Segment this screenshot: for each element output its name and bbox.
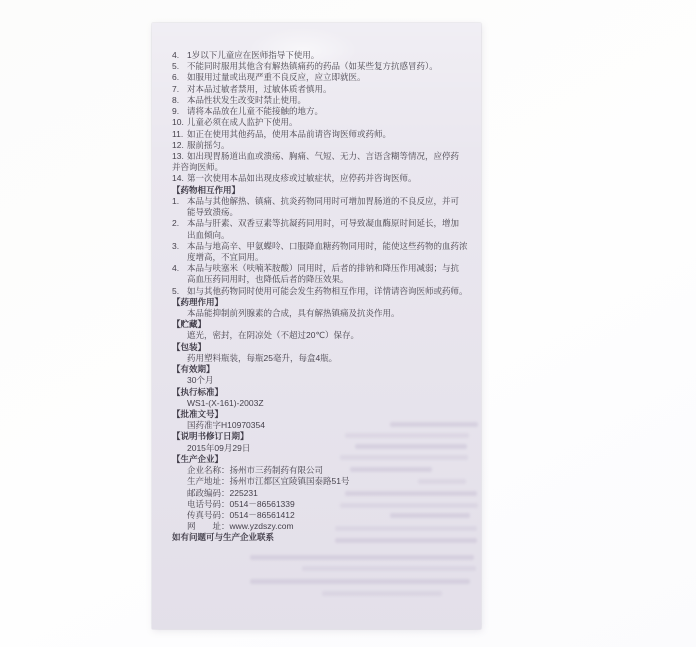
photo-background: 4.1岁以下儿童应在医师指导下使用。 5.不能同时服用其他含有解热镇痛药的药品（… [0,0,696,647]
leaflet-text-line: 30个月 [172,375,473,386]
line-text: 【说明书修订日期】 [172,431,249,441]
list-item-number: 7. [172,84,187,95]
line-text: 【药物相互作用】 [172,185,240,195]
line-text: 本品与其他解热、镇痛、抗炎药物同用时可增加胃肠道的不良反应，并可 [187,196,459,206]
line-text: 不能同时服用其他含有解热镇痛药的药品（如某些复方抗感冒药）。 [187,61,438,71]
leaflet-text-line: 高血压药同用时，也降低后者的降压效果。 [172,274,473,285]
leaflet-text-line: 【药物相互作用】 [172,185,473,196]
line-text: 【贮藏】 [172,319,206,329]
list-item-number: 3. [172,241,187,252]
list-item-number: 5. [172,286,187,297]
leaflet-text-line: 5.不能同时服用其他含有解热镇痛药的药品（如某些复方抗感冒药）。 [172,61,473,72]
bleed-through-line [340,455,468,460]
leaflet-text-line: 本品能抑制前列腺素的合成，具有解热镇痛及抗炎作用。 [172,308,473,319]
line-text: 【药理作用】 [172,297,223,307]
leaflet-text-line: 能导致溃疡。 [172,207,473,218]
leaflet-text-line: 并咨询医师。 [172,162,473,173]
line-text: 如与其他药物同时使用可能会发生药物相互作用，详情请咨询医师或药师。 [187,286,468,296]
bleed-through-line [355,444,467,449]
line-text: 药用塑料瓶装，每瓶25毫升，每盒4瓶。 [187,353,337,363]
bleed-through-line [390,513,470,518]
line-text: 遮光，密封，在阴凉处（不超过20℃）保存。 [187,330,359,340]
leaflet-text-line: 7.对本品过敏者禁用，过敏体质者慎用。 [172,84,473,95]
line-text: 对本品过敏者禁用，过敏体质者慎用。 [187,84,332,94]
line-text: 1岁以下儿童应在医师指导下使用。 [187,50,319,60]
bleed-through-line [340,503,478,508]
bleed-through-line [322,591,442,596]
line-text: 本品性状发生改变时禁止使用。 [187,95,306,105]
bleed-through-line [350,467,432,472]
line-text: 如出现胃肠道出血或溃疡、胸痛、气短、无力、言语含糊等情况，应停药 [187,151,459,161]
bleed-through-line [302,566,476,571]
leaflet-text-line: 1.本品与其他解热、镇痛、抗炎药物同用时可增加胃肠道的不良反应，并可 [172,196,473,207]
list-item-number: 6. [172,72,187,83]
line-text: 【包装】 [172,342,206,352]
line-text: 第一次使用本品如出现皮疹或过敏症状，应停药并咨询医师。 [187,173,417,183]
leaflet-text-line: 14.第一次使用本品如出现皮疹或过敏症状，应停药并咨询医师。 [172,173,473,184]
line-text: WS1-(X-161)-2003Z [187,398,264,408]
line-text: 高血压药同用时，也降低后者的降压效果。 [187,274,349,284]
bleed-through-line [390,422,478,427]
leaflet-text-line: 药用塑料瓶装，每瓶25毫升，每盒4瓶。 [172,353,473,364]
leaflet-text-line: 3.本品与地高辛、甲氨蝶呤、口服降血糖药物同用时，能使这些药物的血药浓 [172,241,473,252]
line-text: 国药准字H10970354 [187,420,265,430]
list-item-number: 1. [172,196,187,207]
list-item-number: 9. [172,106,187,117]
line-text: 请将本品放在儿童不能接触的地方。 [187,106,323,116]
leaflet-text-block: 4.1岁以下儿童应在医师指导下使用。 5.不能同时服用其他含有解热镇痛药的药品（… [152,23,481,544]
line-text: 并咨询医师。 [172,162,223,172]
line-text: 如有问题可与生产企业联系 [172,532,274,542]
line-text: 【有效期】 [172,364,215,374]
bleed-through-line [335,538,477,543]
leaflet-text-line: 【贮藏】 [172,319,473,330]
bleed-through-line [335,526,477,531]
leaflet-text-line: 【药理作用】 [172,297,473,308]
list-item-number: 4. [172,263,187,274]
bleed-through-line [250,579,470,584]
leaflet-text-line: 度增高，不宜同用。 [172,252,473,263]
line-text: 30个月 [187,375,213,385]
leaflet-text-line: WS1-(X-161)-2003Z [172,398,473,409]
list-item-number: 2. [172,218,187,229]
line-text: 传真号码：0514－86561412 [187,510,295,520]
bleed-through-line [345,491,477,496]
leaflet-text-line: 2.本品与肝素、双香豆素等抗凝药同用时，可导致凝血酶原时间延长，增加 [172,218,473,229]
line-text: 能导致溃疡。 [187,207,238,217]
line-text: 【执行标准】 [172,387,223,397]
line-text: 网 址：www.yzdszy.com [187,521,294,531]
line-text: 儿童必须在成人监护下使用。 [187,117,298,127]
leaflet-text-line: 【包装】 [172,342,473,353]
line-text: 本品与呋塞米（呋喃苯胺酸）同用时，后者的排钠和降压作用减弱；与抗 [187,263,459,273]
line-text: 生产地址：扬州市江都区宜陵镇国泰路51号 [187,476,349,486]
leaflet-text-line: 11.如正在使用其他药品，使用本品前请咨询医师或药师。 [172,129,473,140]
list-item-number: 4. [172,50,187,61]
list-item-number: 8. [172,95,187,106]
leaflet-text-line: 12.服前摇匀。 [172,140,473,151]
leaflet-text-line: 5.如与其他药物同时使用可能会发生药物相互作用，详情请咨询医师或药师。 [172,286,473,297]
line-text: 电话号码：0514－86561339 [187,499,295,509]
leaflet-text-line: 遮光，密封，在阴凉处（不超过20℃）保存。 [172,330,473,341]
leaflet-text-line: 4.本品与呋塞米（呋喃苯胺酸）同用时，后者的排钠和降压作用减弱；与抗 [172,263,473,274]
list-item-number: 14. [172,173,187,184]
line-text: 度增高，不宜同用。 [187,252,264,262]
line-text: 如服用过量或出现严重不良反应，应立即就医。 [187,72,366,82]
leaflet-text-line: 【执行标准】 [172,387,473,398]
leaflet-text-line: 9.请将本品放在儿童不能接触的地方。 [172,106,473,117]
bleed-through-line [345,433,469,438]
bleed-through-line [250,555,474,560]
line-text: 【批准文号】 [172,409,223,419]
leaflet-page: 4.1岁以下儿童应在医师指导下使用。 5.不能同时服用其他含有解热镇痛药的药品（… [152,23,481,629]
line-text: 【生产企业】 [172,454,223,464]
leaflet-text-line: 10.儿童必须在成人监护下使用。 [172,117,473,128]
leaflet-text-line: 6.如服用过量或出现严重不良反应，应立即就医。 [172,72,473,83]
list-item-number: 11. [172,129,187,140]
list-item-number: 5. [172,61,187,72]
leaflet-text-line: 出血倾向。 [172,230,473,241]
list-item-number: 10. [172,117,187,128]
line-text: 服前摇匀。 [187,140,230,150]
leaflet-text-line: 4.1岁以下儿童应在医师指导下使用。 [172,50,473,61]
line-text: 本品能抑制前列腺素的合成，具有解热镇痛及抗炎作用。 [187,308,400,318]
line-text: 如正在使用其他药品，使用本品前请咨询医师或药师。 [187,129,391,139]
leaflet-text-line: 【批准文号】 [172,409,473,420]
line-text: 企业名称：扬州市三药制药有限公司 [187,465,323,475]
leaflet-text-line: 8.本品性状发生改变时禁止使用。 [172,95,473,106]
line-text: 2015年09月29日 [187,443,250,453]
line-text: 出血倾向。 [187,230,230,240]
leaflet-text-line: 13.如出现胃肠道出血或溃疡、胸痛、气短、无力、言语含糊等情况，应停药 [172,151,473,162]
line-text: 邮政编码：225231 [187,488,258,498]
bleed-through-line [418,479,466,484]
line-text: 本品与地高辛、甲氨蝶呤、口服降血糖药物同用时，能使这些药物的血药浓 [187,241,468,251]
list-item-number: 12. [172,140,187,151]
line-text: 本品与肝素、双香豆素等抗凝药同用时，可导致凝血酶原时间延长，增加 [187,218,459,228]
list-item-number: 13. [172,151,187,162]
leaflet-text-line: 【有效期】 [172,364,473,375]
